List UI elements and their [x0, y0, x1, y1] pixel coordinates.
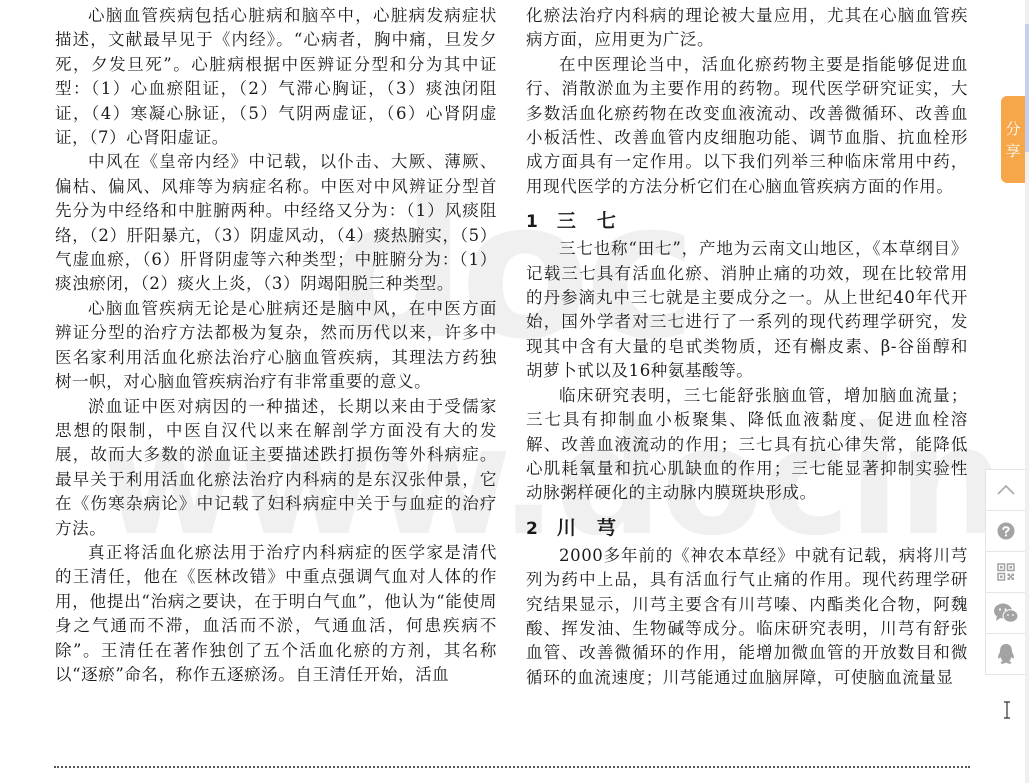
section-number: 1 — [526, 212, 539, 232]
help-icon — [997, 522, 1015, 540]
section-title-char: 七 — [597, 210, 617, 232]
chevron-up-icon — [996, 484, 1016, 496]
wechat-share-button[interactable] — [986, 593, 1026, 634]
paragraph: 三七也称“田七”，产地为云南文山地区，《本草纲目》记载三七具有活血化瘀、消肿止痛… — [526, 237, 968, 383]
section-heading-sanqi: 1三七 — [526, 208, 968, 235]
wechat-icon — [993, 602, 1019, 624]
share-label-char: 享 — [1005, 140, 1020, 162]
page-break-divider — [54, 766, 970, 768]
paragraph-continued: 化瘀法治疗内科病的理论被大量应用，尤其在心脑血管疾病方面，应用更为广泛。 — [526, 4, 968, 53]
paragraph: 临床研究表明，三七能舒张脑血管，增加脑血流量；三七具有抑制血小板聚集、降低血液黏… — [526, 384, 968, 506]
section-title-char: 芎 — [597, 517, 617, 539]
paragraph: 心脑血管疾病无论是心脏病还是脑中风，在中医方面辨证分型的治疗方法都极为复杂，然而… — [55, 297, 497, 395]
paragraph: 心脑血管疾病包括心脏病和脑卒中，心脏病发病症状描述，文献最早见于《内经》。“心病… — [55, 4, 497, 150]
section-title-char: 三 — [557, 210, 577, 232]
paragraph: 淤血证中医对病因的一种描述，长期以来由于受儒家思想的限制，中医自汉代以来在解剖学… — [55, 395, 497, 541]
qq-share-button[interactable] — [986, 634, 1026, 674]
side-toolbar — [985, 469, 1027, 675]
qr-code-button[interactable] — [986, 552, 1026, 593]
paragraph: 中风在《皇帝内经》中记载，以仆击、大厥、薄厥、偏枯、偏风、风痱等为病症名称。中医… — [55, 150, 497, 296]
share-button[interactable]: 分 享 — [1001, 96, 1025, 183]
share-label-char: 分 — [1005, 118, 1020, 140]
qq-icon — [996, 643, 1016, 665]
paragraph: 2000多年前的《神农本草经》中就有记载，病将川芎列为药中上品，具有活血行气止痛… — [526, 544, 968, 690]
document-page: doc www.docin.com 心脑血管疾病包括心脏病和脑卒中，心脏病发病症… — [0, 0, 1000, 783]
scrollbar-thumb[interactable] — [1025, 24, 1029, 152]
left-column: 心脑血管疾病包括心脏病和脑卒中，心脏病发病症状描述，文献最早见于《内经》。“心病… — [55, 0, 497, 687]
section-number: 2 — [526, 519, 539, 539]
text-cursor-icon — [1003, 701, 1011, 719]
section-heading-chuanxiong: 2川芎 — [526, 515, 968, 542]
help-button[interactable] — [986, 511, 1026, 552]
right-column: 化瘀法治疗内科病的理论被大量应用，尤其在心脑血管疾病方面，应用更为广泛。 在中医… — [526, 0, 968, 690]
qr-code-icon — [997, 563, 1015, 581]
paragraph: 在中医理论当中，活血化瘀药物主要是指能够促进血行、消散淤血为主要作用的药物。现代… — [526, 53, 968, 199]
back-to-top-button[interactable] — [986, 470, 1026, 511]
paragraph: 真正将活血化瘀法用于治疗内科病症的医学家是清代的王清任，他在《医林改错》中重点强… — [55, 541, 497, 687]
section-title-char: 川 — [557, 517, 577, 539]
